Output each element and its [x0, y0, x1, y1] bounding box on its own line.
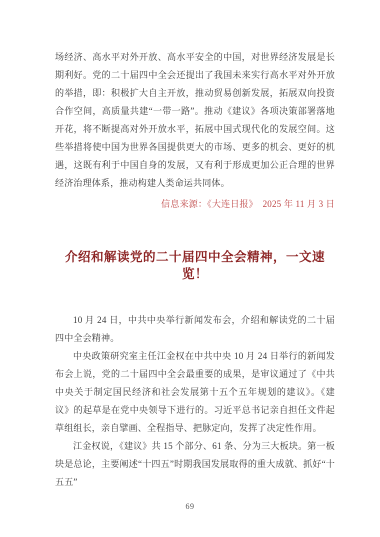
article-paragraph: 江金权说，《建议》共 15 个部分、61 条、分为三大板块。第一板块是总论，主要… [55, 437, 335, 491]
source-attribution-line: 信息来源：《大连日报》 2025 年 11 月 3 日 [55, 195, 335, 213]
article-paragraph: 10 月 24 日，中共中央举行新闻发布会，介绍和解读党的二十届四中全会精神。 [55, 311, 335, 347]
document-page: 场经济、高水平对外开放、高水平安全的中国，对世界经济发展是长期利好。党的二十届四… [0, 0, 380, 537]
article-body: 10 月 24 日，中共中央举行新闻发布会，介绍和解读党的二十届四中全会精神。 … [55, 311, 335, 491]
article-headline: 介绍和解读党的二十届四中全会精神，一文速览！ [55, 249, 335, 283]
article-paragraph: 中央政策研究室主任江金权在中共中央 10 月 24 日举行的新闻发布会上说，党的… [55, 347, 335, 437]
continuation-paragraph: 场经济、高水平对外开放、高水平安全的中国，对世界经济发展是长期利好。党的二十届四… [55, 48, 335, 192]
page-number: 69 [0, 502, 380, 511]
page-content: 场经济、高水平对外开放、高水平安全的中国，对世界经济发展是长期利好。党的二十届四… [55, 48, 335, 491]
